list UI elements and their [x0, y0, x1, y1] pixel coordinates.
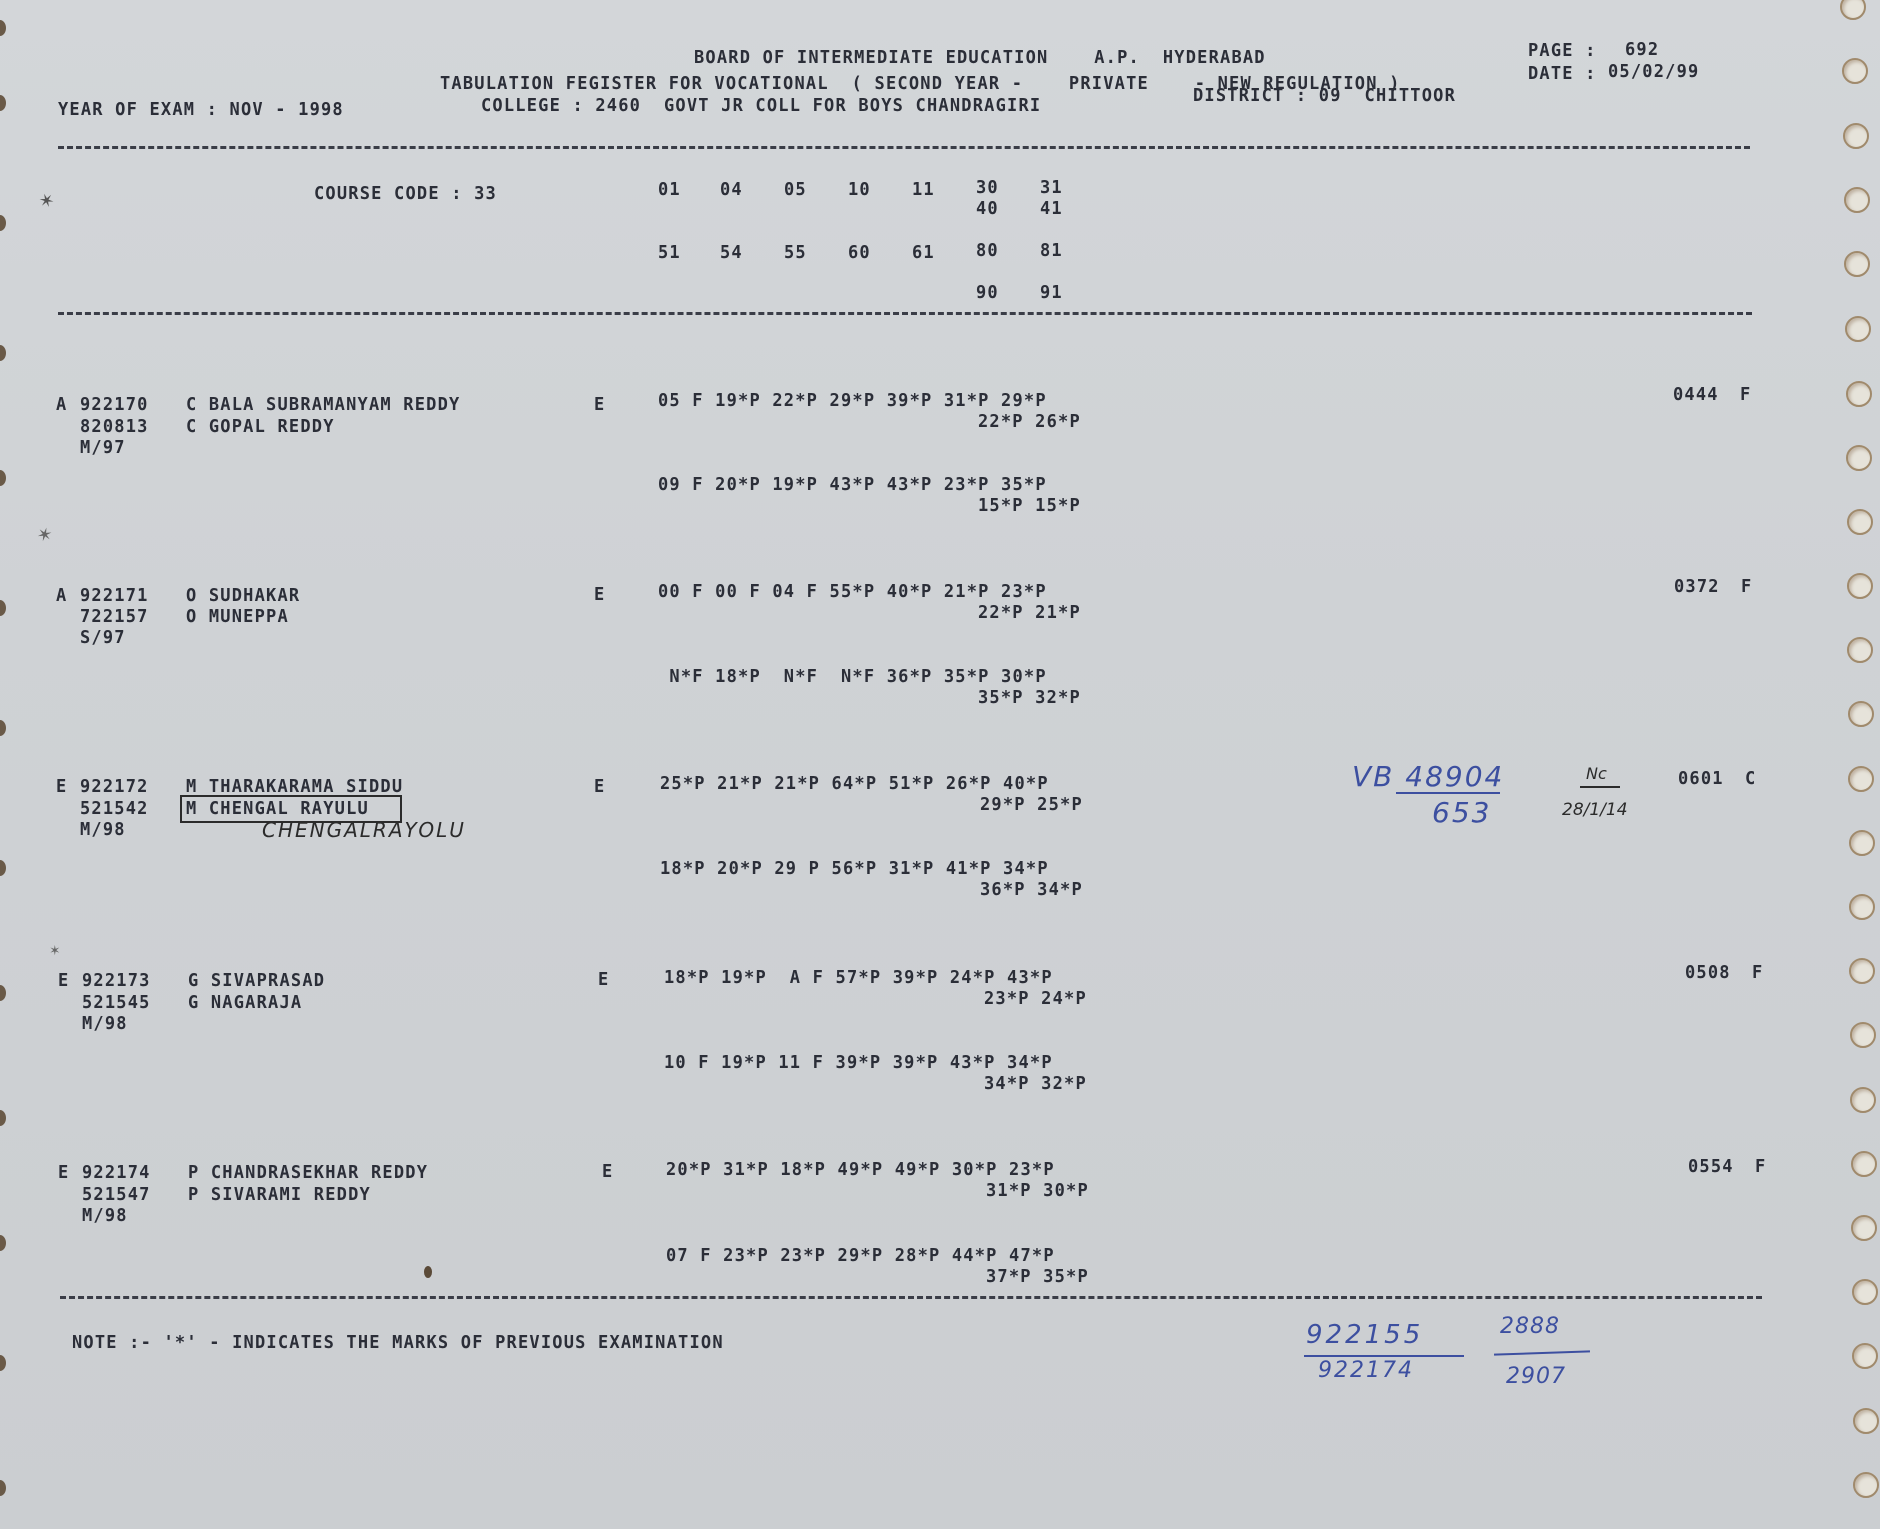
medium: E — [602, 1162, 613, 1183]
father-name: P SIVARAMI REDDY — [188, 1185, 371, 1206]
marks-row-1: 20*P 31*P 18*P 49*P 49*P 30*P 23*P — [666, 1160, 1055, 1181]
father-name: G NAGARAJA — [188, 993, 302, 1014]
course-code-label: COURSE CODE : 33 — [314, 184, 497, 205]
subject-code: 55 — [784, 243, 807, 264]
marks-row-1b: 23*P 24*P — [984, 989, 1087, 1010]
marks-row-2: N*F 18*P N*F N*F 36*P 35*P 30*P — [658, 667, 1047, 688]
student-code: 521545 — [82, 993, 151, 1014]
previous-exam: S/97 — [80, 628, 126, 649]
subject-code: 31 — [1040, 178, 1063, 199]
marks-row-1: 00 F 00 F 04 F 55*P 40*P 21*P 23*P — [658, 582, 1047, 603]
star-mark-icon: ✶ — [35, 521, 54, 549]
total-marks: 0601 — [1678, 769, 1724, 790]
marks-row-2: 10 F 19*P 11 F 39*P 39*P 43*P 34*P — [664, 1053, 1053, 1074]
hall-ticket: 922173 — [82, 971, 151, 992]
student-code: 820813 — [80, 417, 149, 438]
date-value: 05/02/99 — [1608, 62, 1699, 83]
marks-row-2b: 35*P 32*P — [978, 688, 1081, 709]
marks-row-2: 09 F 20*P 19*P 43*P 43*P 23*P 35*P — [658, 475, 1047, 496]
feed-hole-icon — [0, 470, 6, 486]
feed-hole-icon — [1853, 1472, 1879, 1498]
feed-hole-icon — [1846, 445, 1872, 471]
feed-hole-icon — [1851, 1215, 1877, 1241]
handwritten-initials: Nc — [1586, 764, 1607, 783]
feed-hole-icon — [0, 1235, 6, 1251]
feed-hole-icon — [1844, 251, 1870, 277]
subject-code: 40 — [976, 199, 999, 220]
feed-hole-icon — [1852, 1343, 1878, 1369]
feed-hole-icon — [0, 1355, 6, 1371]
board-title: BOARD OF INTERMEDIATE EDUCATION A.P. HYD… — [694, 48, 1266, 69]
student-code: 722157 — [80, 607, 149, 628]
subject-code: 04 — [720, 180, 743, 201]
subject-code: 30 — [976, 178, 999, 199]
page-number: 692 — [1625, 40, 1659, 61]
feed-hole-icon — [1848, 701, 1874, 727]
star-mark-icon: ✶ — [50, 940, 60, 959]
total-marks: 0554 — [1688, 1157, 1734, 1178]
feed-hole-icon — [0, 95, 6, 111]
marks-row-2: 07 F 23*P 23*P 29*P 28*P 44*P 47*P — [666, 1246, 1055, 1267]
student-name: G SIVAPRASAD — [188, 971, 325, 992]
star-mark-icon: ✶ — [36, 186, 57, 214]
result-status: F — [1755, 1157, 1766, 1178]
subject-code: 90 — [976, 283, 999, 304]
handwritten-name-correction: CHENGALRAYOLU — [262, 818, 466, 842]
medium: E — [598, 970, 609, 991]
marks-row-1: 05 F 19*P 22*P 29*P 39*P 31*P 29*P — [658, 391, 1047, 412]
student-code: 521547 — [82, 1185, 151, 1206]
father-name: O MUNEPPA — [186, 607, 289, 628]
feed-hole-icon — [0, 860, 6, 876]
feed-hole-icon — [1849, 958, 1875, 984]
medium: E — [594, 777, 605, 798]
feed-hole-icon — [1852, 1279, 1878, 1305]
footer-note: NOTE :- '*' - INDICATES THE MARKS OF PRE… — [72, 1333, 724, 1354]
subject-code: 01 — [658, 180, 681, 201]
feed-hole-icon — [1850, 1087, 1876, 1113]
marks-row-1b: 22*P 26*P — [978, 412, 1081, 433]
date-label: DATE : — [1528, 64, 1597, 85]
marks-row-2b: 36*P 34*P — [980, 880, 1083, 901]
feed-hole-icon — [1847, 509, 1873, 535]
feed-hole-icon — [1849, 894, 1875, 920]
feed-hole-icon — [1853, 1408, 1879, 1434]
subject-code: 05 — [784, 180, 807, 201]
student-name: P CHANDRASEKHAR REDDY — [188, 1163, 428, 1184]
total-marks: 0444 — [1673, 385, 1719, 406]
result-status: F — [1752, 963, 1763, 984]
subject-code: 10 — [848, 180, 871, 201]
divider-line — [58, 312, 1752, 315]
feed-hole-icon — [0, 1110, 6, 1126]
feed-hole-icon — [0, 20, 6, 36]
marks-row-1b: 22*P 21*P — [978, 603, 1081, 624]
feed-hole-icon — [0, 215, 6, 231]
tabulation-register-page: BOARD OF INTERMEDIATE EDUCATION A.P. HYD… — [0, 0, 1880, 1529]
subject-code: 80 — [976, 241, 999, 262]
result-status: F — [1740, 385, 1751, 406]
fraction-line — [1304, 1355, 1464, 1357]
marks-row-1: 25*P 21*P 21*P 64*P 51*P 26*P 40*P — [660, 774, 1049, 795]
father-name: C GOPAL REDDY — [186, 417, 335, 438]
feed-hole-icon — [1842, 58, 1868, 84]
feed-hole-icon — [1848, 766, 1874, 792]
feed-hole-icon — [1849, 830, 1875, 856]
feed-hole-icon — [0, 345, 6, 361]
handwritten-range-bottom: 922174 — [1318, 1358, 1414, 1383]
student-name: O SUDHAKAR — [186, 586, 300, 607]
feed-hole-icon — [1847, 637, 1873, 663]
medium: E — [594, 585, 605, 606]
result-status: C — [1745, 769, 1756, 790]
category: A — [56, 586, 67, 607]
student-name: C BALA SUBRAMANYAM REDDY — [186, 395, 460, 416]
feed-hole-icon — [1843, 123, 1869, 149]
father-name: M CHENGAL RAYULU — [186, 799, 369, 820]
category: E — [58, 1163, 69, 1184]
hall-ticket: 922172 — [80, 777, 149, 798]
medium: E — [594, 395, 605, 416]
feed-hole-icon — [1847, 573, 1873, 599]
feed-hole-icon — [1850, 1022, 1876, 1048]
subject-code: 41 — [1040, 199, 1063, 220]
marks-row-2b: 34*P 32*P — [984, 1074, 1087, 1095]
feed-hole-icon — [0, 720, 6, 736]
college-info: COLLEGE : 2460 GOVT JR COLL FOR BOYS CHA… — [481, 96, 1041, 117]
fraction-line — [1396, 792, 1500, 794]
subject-code: 11 — [912, 180, 935, 201]
marks-row-2: 18*P 20*P 29 P 56*P 31*P 41*P 34*P — [660, 859, 1049, 880]
fraction-line — [1580, 786, 1620, 788]
feed-hole-icon — [0, 600, 6, 616]
feed-hole-icon — [1840, 0, 1866, 20]
previous-exam: M/98 — [80, 820, 126, 841]
category: E — [56, 777, 67, 798]
category: A — [56, 395, 67, 416]
handwritten-count-top: 2888 — [1500, 1314, 1560, 1339]
district-info: DISTRICT : 09 CHITTOOR — [1193, 86, 1456, 107]
hall-ticket: 922171 — [80, 586, 149, 607]
student-code: 521542 — [80, 799, 149, 820]
handwritten-range-top: 922155 — [1306, 1320, 1423, 1350]
feed-hole-icon — [1844, 187, 1870, 213]
subject-code: 61 — [912, 243, 935, 264]
category: E — [58, 971, 69, 992]
marks-row-2b: 37*P 35*P — [986, 1267, 1089, 1288]
feed-hole-icon — [1851, 1151, 1877, 1177]
subject-code: 91 — [1040, 283, 1063, 304]
handwritten-date: 28/1/14 — [1562, 800, 1628, 820]
marks-row-1: 18*P 19*P A F 57*P 39*P 24*P 43*P — [664, 968, 1053, 989]
handwritten-reference-top: VB 48904 — [1352, 760, 1504, 793]
ink-spot — [424, 1266, 432, 1278]
previous-exam: M/98 — [82, 1014, 128, 1035]
total-marks: 0372 — [1674, 577, 1720, 598]
divider-line — [58, 146, 1750, 149]
feed-hole-icon — [0, 985, 6, 1001]
divider-line — [60, 1296, 1762, 1299]
total-marks: 0508 — [1685, 963, 1731, 984]
handwritten-reference-bottom: 653 — [1432, 796, 1491, 829]
marks-row-1b: 29*P 25*P — [980, 795, 1083, 816]
result-status: F — [1741, 577, 1752, 598]
hall-ticket: 922170 — [80, 395, 149, 416]
fraction-line — [1494, 1350, 1590, 1355]
subject-code: 51 — [658, 243, 681, 264]
year-of-exam: YEAR OF EXAM : NOV - 1998 — [58, 100, 344, 121]
feed-hole-icon — [0, 1480, 6, 1496]
previous-exam: M/98 — [82, 1206, 128, 1227]
handwritten-count-bottom: 2907 — [1506, 1364, 1566, 1389]
marks-row-1b: 31*P 30*P — [986, 1181, 1089, 1202]
hall-ticket: 922174 — [82, 1163, 151, 1184]
subject-code: 54 — [720, 243, 743, 264]
feed-hole-icon — [1845, 316, 1871, 342]
subject-code: 81 — [1040, 241, 1063, 262]
marks-row-2b: 15*P 15*P — [978, 496, 1081, 517]
page-label: PAGE : — [1528, 41, 1597, 62]
feed-hole-icon — [1846, 381, 1872, 407]
previous-exam: M/97 — [80, 438, 126, 459]
subject-code: 60 — [848, 243, 871, 264]
